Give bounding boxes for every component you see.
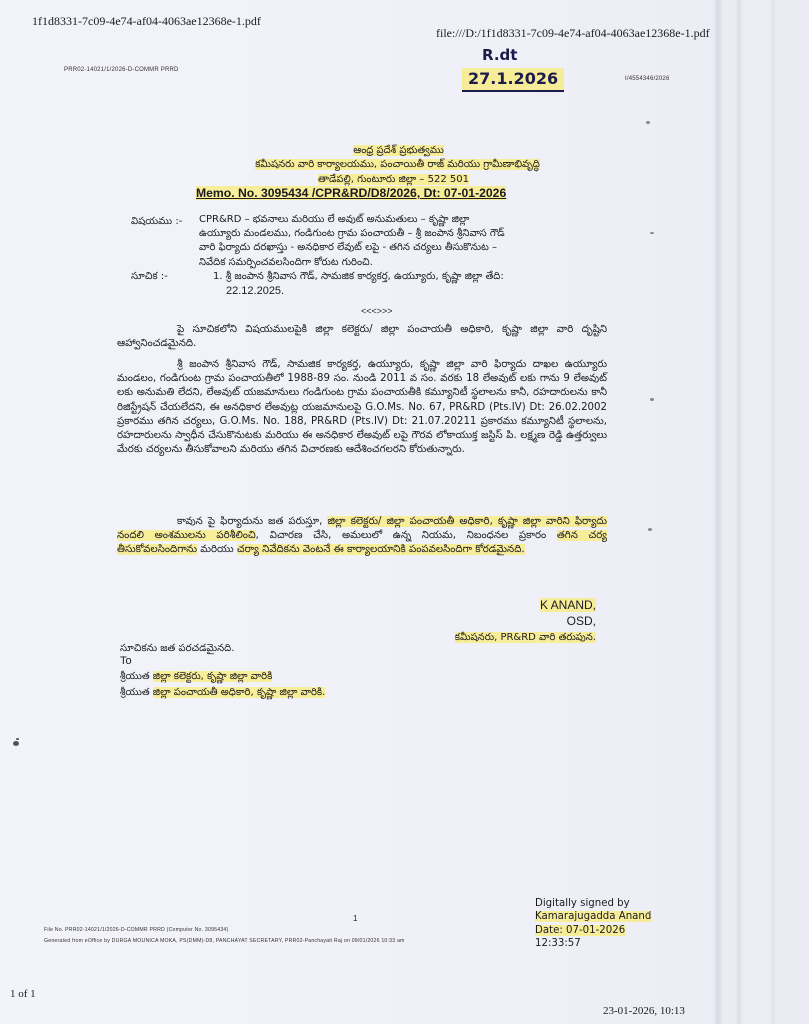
handwritten-date: 27.1.2026 xyxy=(462,68,564,92)
scanned-document-page: 1f1d8331-7c09-4e74-af04-4063ae12368e-1.p… xyxy=(0,0,809,1024)
file-reference: PRR02-14021/1/2026-D-COMMR PRRD xyxy=(64,67,179,73)
scan-speck xyxy=(648,528,652,531)
reference-text: 1. శ్రీ జంపాన శ్రీనివాస గౌడ్, సామజిక కార… xyxy=(213,270,504,298)
scan-speck xyxy=(646,121,650,124)
print-file-url: file:///D:/1f1d8331-7c09-4e74-af04-4063a… xyxy=(436,26,710,41)
scan-speck xyxy=(13,741,19,746)
body-paragraph-2: శ్రీ జంపాన శ్రీనివాస గౌడ్, సామజిక కార్యక… xyxy=(117,358,607,457)
print-timestamp: 23-01-2026, 10:13 xyxy=(603,1005,685,1017)
body-paragraph-3: కావున పై ఫిర్యాదును జత పరుస్తూ, జిల్లా క… xyxy=(117,515,607,558)
letterhead-office: కమీషనరు వారి కార్యాలయము, పంచాయితీ రాజ్ మ… xyxy=(0,158,809,172)
scan-speck xyxy=(650,232,654,234)
letterhead-address: తాడేపల్లి, గుంటూరు జిల్లా – 522 501 xyxy=(0,173,809,187)
signatory-office: కమీషనరు, PR&RD వారి తరుపున. xyxy=(455,631,596,645)
addressee-collector: శ్రీయుత జిల్లా కలెక్టరు, కృష్ణా జిల్లా వ… xyxy=(120,670,272,684)
enclosure-note: సూచికను జత పరచడమైనది. xyxy=(120,642,234,656)
memo-number: Memo. No. 3095434 /CPR&RD/D8/2026, Dt: 0… xyxy=(196,186,506,200)
handwritten-initials: R.dt xyxy=(482,46,517,64)
print-file-name: 1f1d8331-7c09-4e74-af04-4063ae12368e-1.p… xyxy=(32,14,261,29)
footer-file-line: File No. PRR02-14021/1/2026-D-COMMR PRRD… xyxy=(44,927,228,933)
print-page-indicator: 1 of 1 xyxy=(10,988,36,1000)
scan-speck xyxy=(16,738,19,740)
receipt-reference: I/4554346/2026 xyxy=(625,76,670,82)
to-label: To xyxy=(120,655,132,667)
digital-signature: Digitally signed by Kamarajugadda Anand … xyxy=(535,897,651,950)
subject-label: విషయము :- xyxy=(131,215,182,229)
separator: <<<>>> xyxy=(361,306,393,316)
reference-label: సూచిక :- xyxy=(131,270,168,284)
signatory-designation: OSD, xyxy=(567,614,596,628)
scan-speck xyxy=(647,912,651,914)
subject-text: CPR&RD – భవనాలు మరియు లే అవుట్ అనుమతులు … xyxy=(199,213,505,270)
footer-generated-line: Generated from eOffice by DURGA MOUNICA … xyxy=(44,938,405,944)
body-paragraph-1: పై సూచికలోని విషయములపైకి జిల్లా కలెక్టరు… xyxy=(117,323,607,351)
addressee-dpo: శ్రీయుత జిల్లా పంచాయతీ అధికారి, కృష్ణా జ… xyxy=(120,686,325,700)
page-number: 1 xyxy=(353,914,357,923)
signatory-name: K ANAND, xyxy=(540,598,596,612)
scan-speck xyxy=(650,398,654,401)
letterhead-government: ఆంధ్ర ప్రదేశ్ ప్రభుత్వము xyxy=(0,144,809,158)
